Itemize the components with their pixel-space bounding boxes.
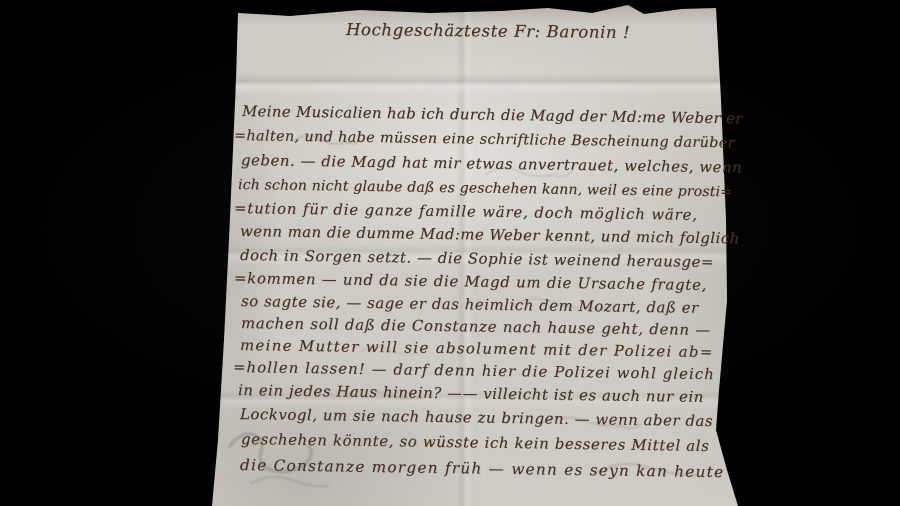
letter-text-layer: Hochgeschäzteste Fr: Baronin ! Meine Mus… (0, 0, 900, 506)
letter-line-1: Meine Musicalien hab ich durch die Magd … (242, 102, 743, 129)
photo-of-letter: Hochgeschäzteste Fr: Baronin ! Meine Mus… (0, 0, 900, 506)
letter-line-2: =halten, und habe müssen eine schriftlic… (234, 126, 735, 153)
letter-line-7: doch in Sorgen setzt. — die Sophie ist w… (240, 246, 714, 273)
letter-line-3: geben. — die Magd hat mir etwas anvertra… (241, 151, 742, 178)
letter-line-15: geschehen könnte, so wüsste ich kein bes… (241, 430, 710, 457)
letter-line-13: in ein jedes Haus hinein? —— villeicht i… (238, 381, 704, 408)
letter-line-6: wenn man die dumme Mad:me Weber kennt, u… (240, 222, 740, 249)
letter-line-5: =tution für die ganze famille wäre, doch… (234, 199, 698, 226)
letter-line-4: ich schon nicht glaube daß es geschehen … (238, 175, 732, 202)
letter-line-16: die Constanze morgen früh — wenn es seyn… (240, 455, 725, 482)
letter-line-14: Lockvogl, um sie nach hause zu bringen. … (240, 405, 713, 432)
letter-heading: Hochgeschäzteste Fr: Baronin ! (346, 20, 630, 42)
